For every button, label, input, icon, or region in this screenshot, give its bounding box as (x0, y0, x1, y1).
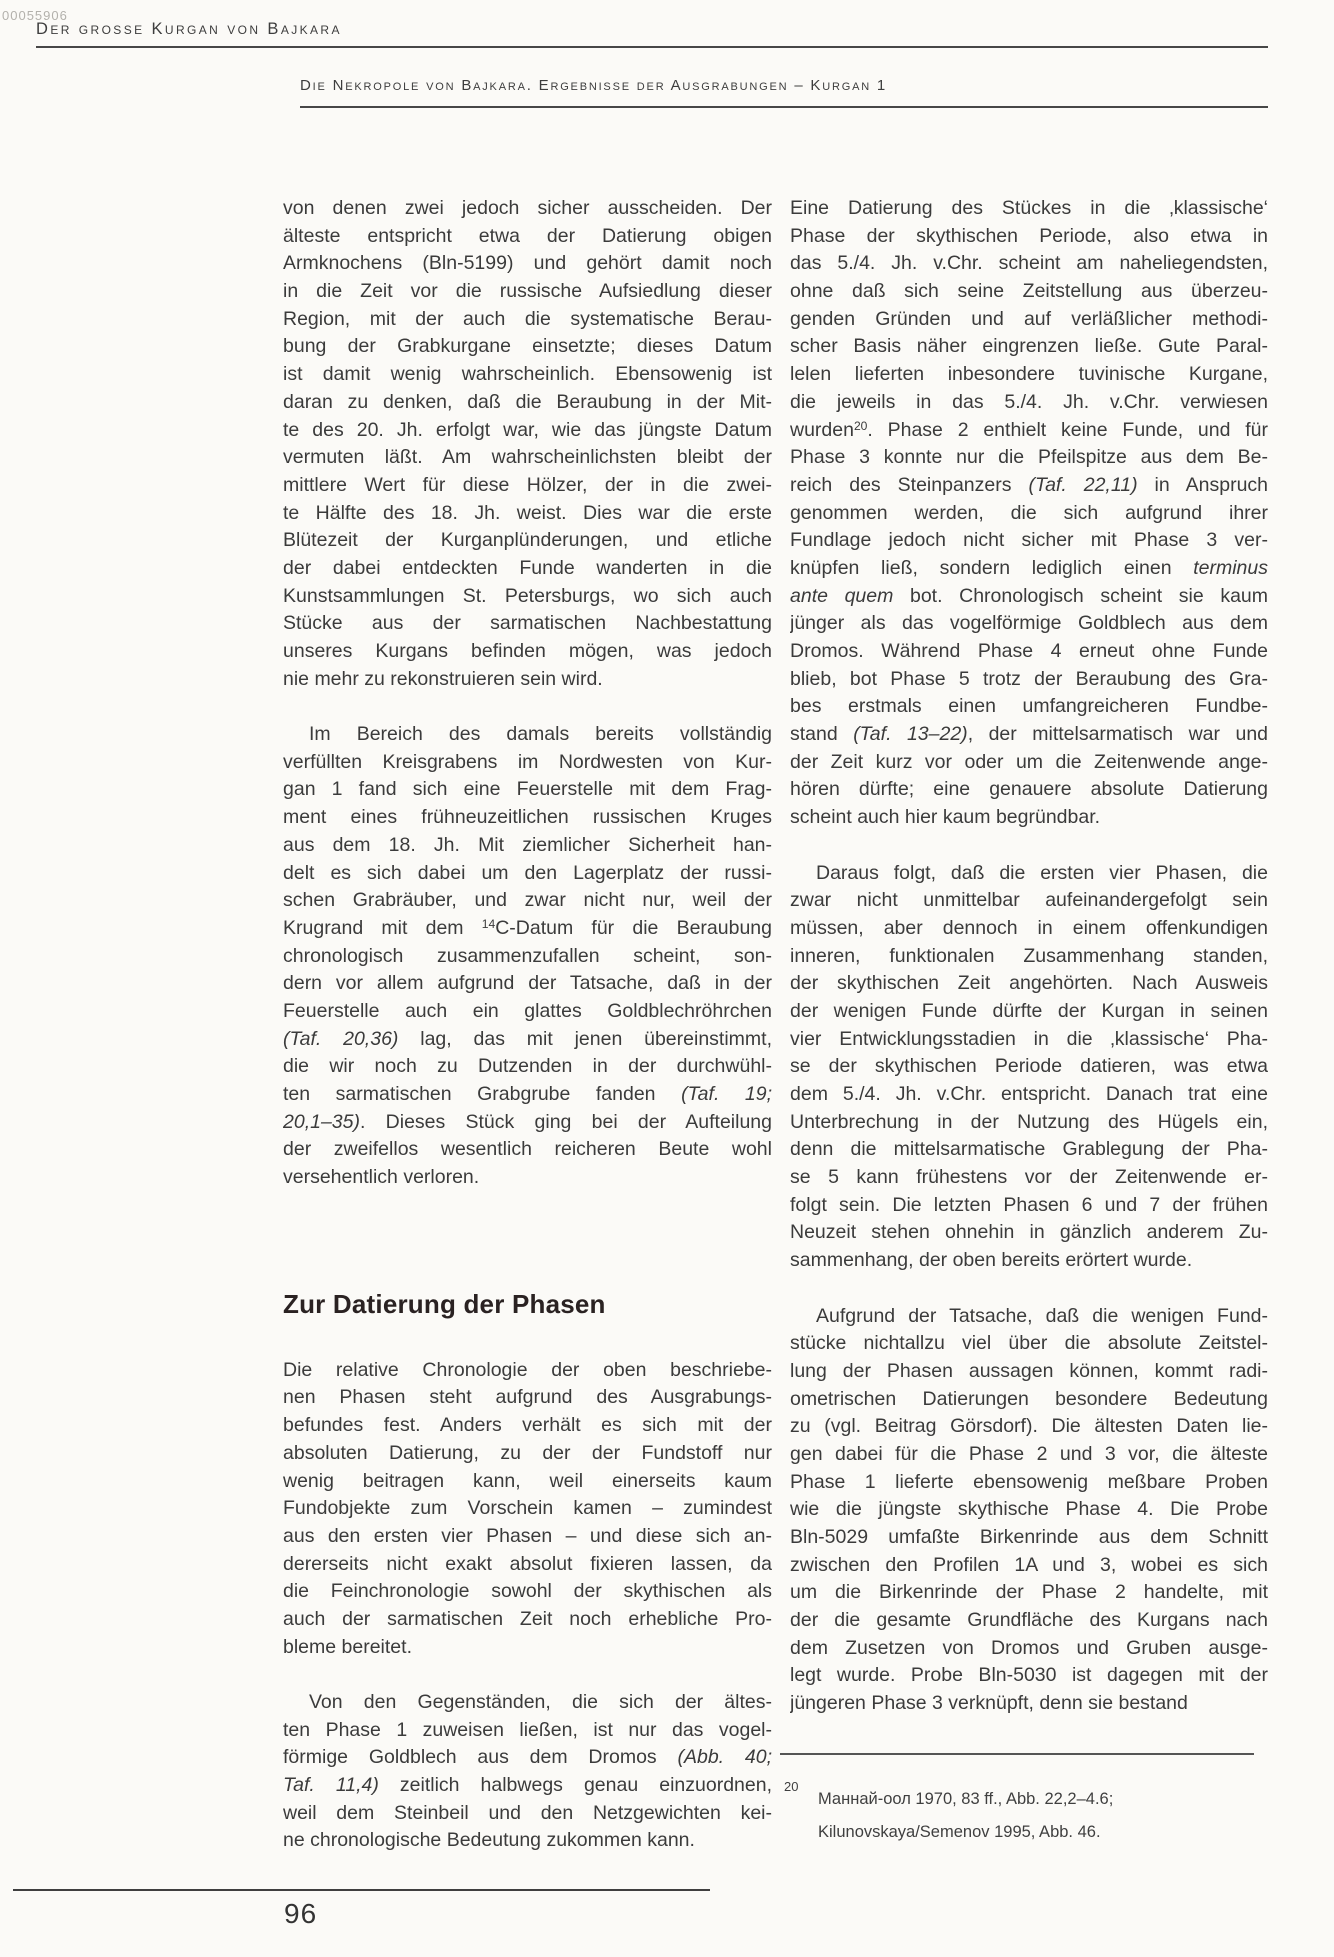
text-line: um die Birkenrinde der Phase 2 handelte,… (790, 1579, 1268, 1607)
text-line: Phase 3 konnte nur die Pfeilspitze aus d… (790, 444, 1268, 472)
text-line: delt es sich dabei um den Lagerplatz der… (283, 860, 772, 888)
text-line: bes erstmals einen umfangreicheren Fundb… (790, 693, 1268, 721)
text-line: ometrischen Datierungen besondere Bedeut… (790, 1386, 1268, 1414)
page-number-rule (13, 1889, 710, 1891)
text-line: Von den Gegenständen, die sich der ältes… (283, 1689, 772, 1717)
paragraph: von denen zwei jedoch sicher ausscheiden… (283, 195, 772, 693)
text-line: der die gesamte Grundfläche des Kurgans … (790, 1607, 1268, 1635)
text-line: chronologisch zusammenzufallen scheint, … (283, 943, 772, 971)
text-line: mittlere Wert für diese Hölzer, der in d… (283, 472, 772, 500)
text-line: Region, mit der auch die systematische B… (283, 306, 772, 334)
text-line: wenig beitragen kann, weil einerseits ka… (283, 1468, 772, 1496)
text-line: Blütezeit der Kurganplünderungen, und et… (283, 527, 772, 555)
text-line: ten Phase 1 zuweisen ließen, ist nur das… (283, 1717, 772, 1745)
text-line: legt wurde. Probe Bln-5030 ist dagegen m… (790, 1662, 1268, 1690)
text-line: förmige Goldblech aus dem Dromos (Abb. 4… (283, 1744, 772, 1772)
paragraph: Eine Datierung des Stückes in die ‚klass… (790, 195, 1268, 832)
text-line: Fundlage jedoch nicht sicher mit Phase 3… (790, 527, 1268, 555)
text-line: lung der Phasen aussagen können, kommt r… (790, 1358, 1268, 1386)
text-line: die wir noch zu Dutzenden in der durchwü… (283, 1053, 772, 1081)
text-line: Krugrand mit dem 14C-Datum für die Berau… (283, 915, 772, 943)
text-line: jüngeren Phase 3 verknüpft, denn sie bes… (790, 1690, 1268, 1718)
text-line: schen Grabräuber, und zwar nicht nur, we… (283, 887, 772, 915)
text-line: aus den ersten vier Phasen – und diese s… (283, 1523, 772, 1551)
text-line: ment eines frühneuzeitlichen russischen … (283, 804, 772, 832)
text-line: sammenhang, der oben bereits erörtert wu… (790, 1247, 1268, 1275)
text-line: der Zeit kurz vor oder um die Zeitenwend… (790, 749, 1268, 777)
text-line: unseres Kurgans befinden mögen, was jedo… (283, 638, 772, 666)
text-line: reich des Steinpanzers (Taf. 22,11) in A… (790, 472, 1268, 500)
text-line: stand (Taf. 13–22), der mittelsarmatisch… (790, 721, 1268, 749)
text-line: das 5./4. Jh. v.Chr. scheint am nahelieg… (790, 250, 1268, 278)
text-line: versehentlich verloren. (283, 1164, 772, 1192)
text-line: se 5 kann frühestens vor der Zeitenwende… (790, 1164, 1268, 1192)
text-line: te des 20. Jh. erfolgt war, wie das jüng… (283, 417, 772, 445)
footnote-rule (780, 1753, 1254, 1755)
text-line: vermuten läßt. Am wahrscheinlichsten ble… (283, 444, 772, 472)
text-line: knüpfen ließ, sondern lediglich einen te… (790, 555, 1268, 583)
text-line: bleme bereitet. (283, 1634, 772, 1662)
right-column: Eine Datierung des Stückes in die ‚klass… (790, 195, 1268, 1746)
running-head-rule (36, 46, 1268, 48)
text-line: von denen zwei jedoch sicher ausscheiden… (283, 195, 772, 223)
text-line: genommen werden, die sich aufgrund ihrer (790, 500, 1268, 528)
section-heading: Zur Datierung der Phasen (283, 1288, 772, 1320)
text-line: nen Phasen steht aufgrund des Ausgrabung… (283, 1384, 772, 1412)
text-line: stücke nichtallzu viel über die absolute… (790, 1330, 1268, 1358)
text-line: Aufgrund der Tatsache, daß die wenigen F… (790, 1303, 1268, 1331)
text-line: Die relative Chronologie der oben beschr… (283, 1357, 772, 1385)
text-line: in die Zeit vor die russische Aufsiedlun… (283, 278, 772, 306)
text-line: müssen, aber dennoch in einem offenkundi… (790, 915, 1268, 943)
text-line: zwischen den Profilen 1A und 3, wobei es… (790, 1552, 1268, 1580)
footnote-marker: 20 (784, 1779, 798, 1794)
text-line: inneren, funktionalen Zusammenhang stand… (790, 943, 1268, 971)
text-line: Phase 1 lieferte ebensowenig meßbare Pro… (790, 1469, 1268, 1497)
paragraph: Die relative Chronologie der oben beschr… (283, 1357, 772, 1662)
footnote-line: Kilunovskaya/Semenov 1995, Abb. 46. (818, 1816, 1258, 1849)
paragraph: Daraus folgt, daß die ersten vier Phasen… (790, 860, 1268, 1275)
text-line: Bln-5029 umfaßte Birkenrinde aus dem Sch… (790, 1524, 1268, 1552)
text-line: aus dem 18. Jh. Mit ziemlicher Sicherhei… (283, 832, 772, 860)
text-line: gen dabei für die Phase 2 und 3 vor, die… (790, 1441, 1268, 1469)
text-line: befundes fest. Anders verhält es sich mi… (283, 1412, 772, 1440)
text-line: zu (vgl. Beitrag Görsdorf). Die ältesten… (790, 1413, 1268, 1441)
text-line: Fundobjekte zum Vorschein kamen – zumind… (283, 1495, 772, 1523)
text-line: scher Basis näher eingrenzen ließe. Gute… (790, 333, 1268, 361)
text-line: ante quem bot. Chronologisch scheint sie… (790, 583, 1268, 611)
text-line: nie mehr zu rekonstruieren sein wird. (283, 666, 772, 694)
text-line: wurden20. Phase 2 enthielt keine Funde, … (790, 417, 1268, 445)
paragraph: Aufgrund der Tatsache, daß die wenigen F… (790, 1303, 1268, 1718)
left-column: von denen zwei jedoch sicher ausscheiden… (283, 195, 772, 1883)
text-line: Feuerstelle auch ein glattes Goldblechrö… (283, 998, 772, 1026)
text-line: der wenigen Funde dürfte der Kurgan in s… (790, 998, 1268, 1026)
footnote-text: Маннай-оол 1970, 83 ff., Abb. 22,2–4.6; … (818, 1783, 1258, 1849)
text-line: älteste entspricht etwa der Datierung ob… (283, 223, 772, 251)
text-line: se der skythischen Periode datieren, was… (790, 1053, 1268, 1081)
text-line: folgt sein. Die letzten Phasen 6 und 7 d… (790, 1192, 1268, 1220)
text-line: wie die jüngste skythische Phase 4. Die … (790, 1496, 1268, 1524)
text-line: vier Entwicklungsstadien in die ‚klassis… (790, 1026, 1268, 1054)
text-line: Im Bereich des damals bereits vollständi… (283, 721, 772, 749)
text-line: Eine Datierung des Stückes in die ‚klass… (790, 195, 1268, 223)
text-line: der skythischen Zeit angehörten. Nach Au… (790, 970, 1268, 998)
text-line: te Hälfte des 18. Jh. weist. Dies war di… (283, 500, 772, 528)
text-line: ist damit wenig wahrscheinlich. Ebensowe… (283, 361, 772, 389)
text-line: Kunstsammlungen St. Petersburgs, wo sich… (283, 583, 772, 611)
text-line: Daraus folgt, daß die ersten vier Phasen… (790, 860, 1268, 888)
footnote-line: Маннай-оол 1970, 83 ff., Abb. 22,2–4.6; (818, 1783, 1258, 1816)
text-line: absoluten Datierung, zu der der Fundstof… (283, 1440, 772, 1468)
text-line: ne chronologische Bedeutung zukommen kan… (283, 1827, 772, 1855)
text-line: gan 1 fand sich eine Feuerstelle mit dem… (283, 776, 772, 804)
text-line: (Taf. 20,36) lag, das mit jenen übereins… (283, 1026, 772, 1054)
text-line: dem Zusetzen von Dromos und Gruben ausge… (790, 1635, 1268, 1663)
text-line: weil dem Steinbeil und den Netzgewichten… (283, 1800, 772, 1828)
text-line: blieb, bot Phase 5 trotz der Beraubung d… (790, 666, 1268, 694)
text-line: dem 5./4. Jh. v.Chr. entspricht. Danach … (790, 1081, 1268, 1109)
text-line: Unterbrechung in der Nutzung des Hügels … (790, 1109, 1268, 1137)
text-line: zwar nicht unmittelbar aufeinandergefolg… (790, 887, 1268, 915)
text-line: lelen lieferten inbesondere tuvinische K… (790, 361, 1268, 389)
text-line: dererseits nicht exakt absolut fixieren … (283, 1551, 772, 1579)
text-line: der dabei entdeckten Funde wanderten in … (283, 555, 772, 583)
book-page: 00055906 Der grosse Kurgan von Bajkara D… (0, 0, 1334, 1957)
text-line: denn die mittelsarmatische Grablegung de… (790, 1136, 1268, 1164)
text-line: ohne daß sich seine Zeitstellung aus übe… (790, 278, 1268, 306)
text-line: Stücke aus der sarmatischen Nachbestattu… (283, 610, 772, 638)
chapter-title: Die Nekropole von Bajkara. Ergebnisse de… (300, 77, 887, 94)
text-line: Neuzeit stehen ohnehin in gänzlich ander… (790, 1219, 1268, 1247)
text-line: Taf. 11,4) zeitlich halbwegs genau einzu… (283, 1772, 772, 1800)
text-line: Armknochens (Bln-5199) und gehört damit … (283, 250, 772, 278)
text-line: ten sarmatischen Grabgrube fanden (Taf. … (283, 1081, 772, 1109)
text-line: hören dürfte; eine genauere absolute Dat… (790, 776, 1268, 804)
text-line: verfüllten Kreisgrabens im Nordwesten vo… (283, 749, 772, 777)
page-number: 96 (284, 1898, 317, 1930)
text-line: scheint auch hier kaum begründbar. (790, 804, 1268, 832)
chapter-title-rule (300, 106, 1268, 108)
text-line: Phase der skythischen Periode, also etwa… (790, 223, 1268, 251)
text-line: 20,1–35). Dieses Stück ging bei der Auft… (283, 1109, 772, 1137)
text-line: auch der sarmatischen Zeit noch erheblic… (283, 1606, 772, 1634)
text-line: die Feinchronologie sowohl der skythisch… (283, 1578, 772, 1606)
text-line: daran zu denken, daß die Beraubung in de… (283, 389, 772, 417)
paragraph: Im Bereich des damals bereits vollständi… (283, 721, 772, 1192)
text-line: dern vor allem aufgrund der Tatsache, da… (283, 970, 772, 998)
text-line: die jeweils in das 5./4. Jh. v.Chr. verw… (790, 389, 1268, 417)
text-line: genden Gründen und auf verläßlicher meth… (790, 306, 1268, 334)
text-line: bung der Grabkurgane einsetzte; dieses D… (283, 333, 772, 361)
running-head: Der grosse Kurgan von Bajkara (36, 20, 342, 39)
paragraph: Von den Gegenständen, die sich der ältes… (283, 1689, 772, 1855)
text-line: Dromos. Während Phase 4 erneut ohne Fund… (790, 638, 1268, 666)
footnote-body: 20 Маннай-оол 1970, 83 ff., Abb. 22,2–4.… (780, 1783, 1258, 1849)
text-line: der zweifellos wesentlich reicheren Beut… (283, 1136, 772, 1164)
text-line: jünger als das vogelförmige Goldblech au… (790, 610, 1268, 638)
